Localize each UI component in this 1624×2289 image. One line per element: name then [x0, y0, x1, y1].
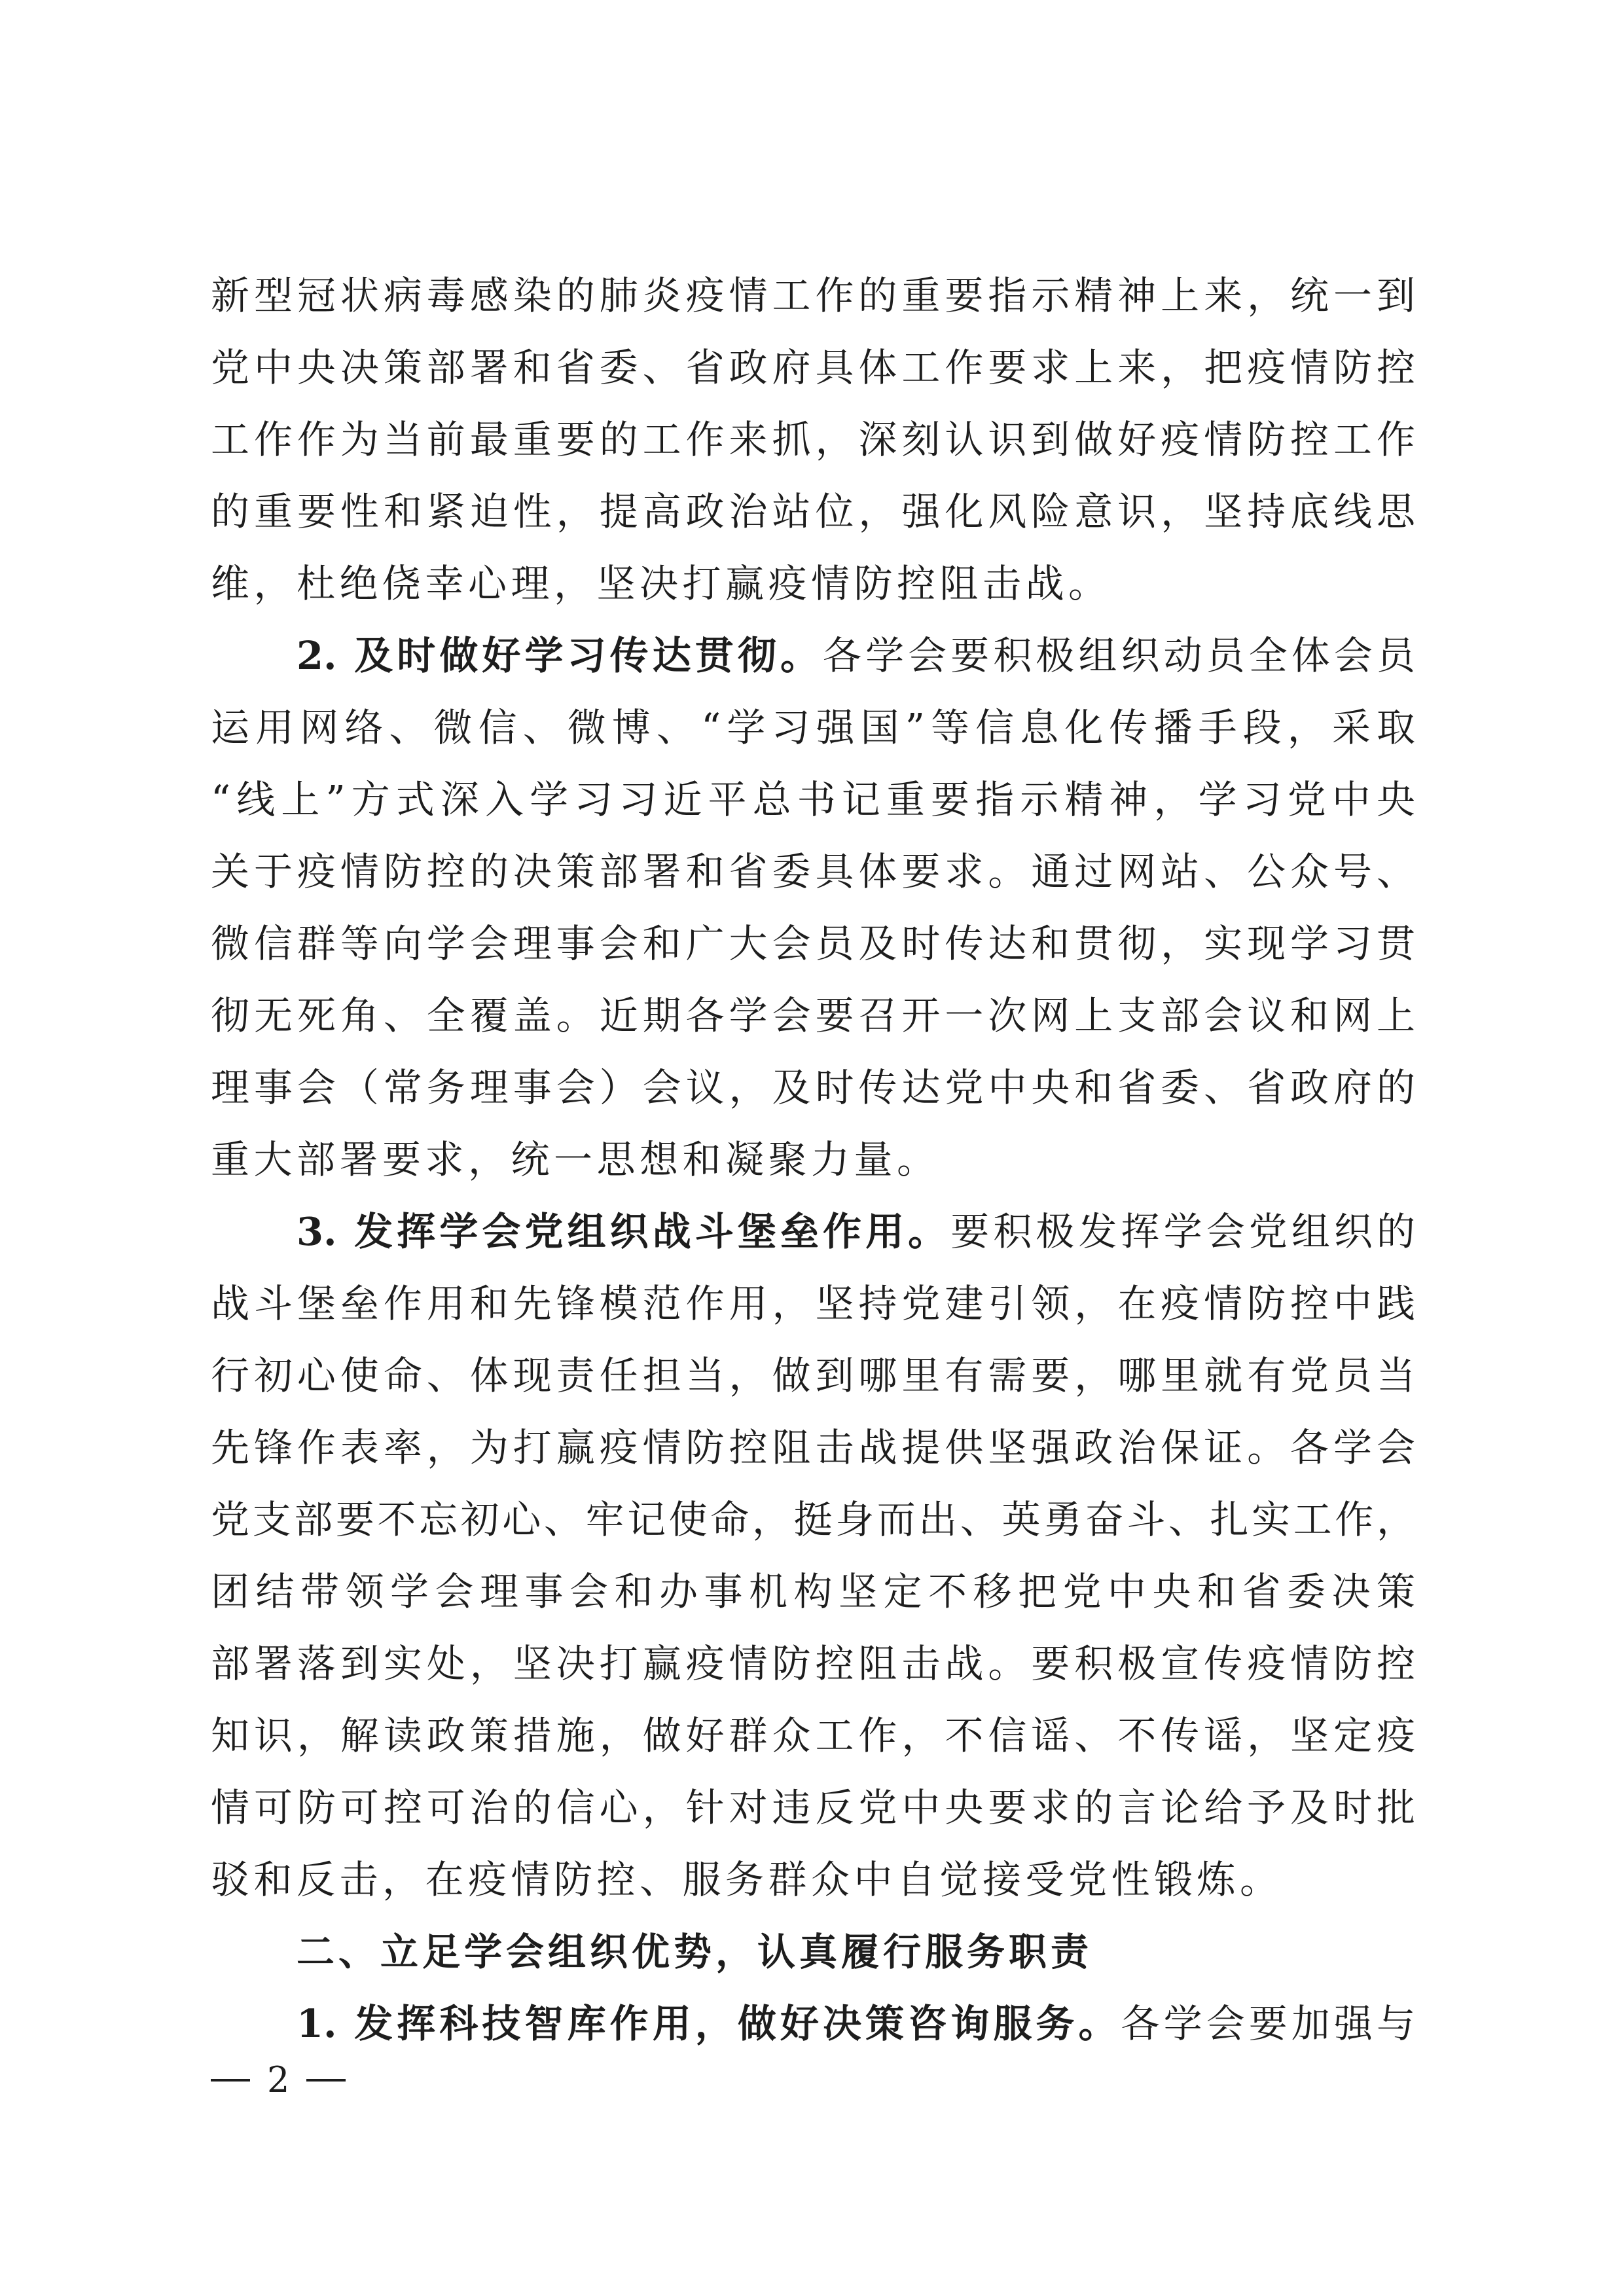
- text-line: 关于疫情防控的决策部署和省委具体要求。通过网站、公众号、: [211, 840, 1415, 912]
- text-line: 新型冠状病毒感染的肺炎疫情工作的重要指示精神上来，统一到: [211, 264, 1415, 336]
- section-heading: 二、立足学会组织优势，认真履行服务职责: [211, 1920, 1415, 1992]
- paragraph-3-first-line: 3. 发挥学会党组织战斗堡垒作用。要积极发挥学会党组织的: [211, 1200, 1415, 1272]
- page-number-value: 2: [267, 2059, 289, 2100]
- text-line: 的重要性和紧迫性，提高政治站位，强化风险意识，坚持底线思: [211, 480, 1415, 552]
- text-line: 团结带领学会理事会和办事机构坚定不移把党中央和省委决策: [211, 1560, 1415, 1632]
- text-line: 党中央决策部署和省委、省政府具体工作要求上来，把疫情防控: [211, 336, 1415, 408]
- text-line: 知识，解读政策措施，做好群众工作，不信谣、不传谣，坚定疫: [211, 1704, 1415, 1776]
- text-line: 行初心使命、体现责任担当，做到哪里有需要，哪里就有党员当: [211, 1344, 1415, 1416]
- part2-item1-lead: 1. 发挥科技智库作用，做好决策咨询服务。: [297, 2001, 1121, 2046]
- document-body: 新型冠状病毒感染的肺炎疫情工作的重要指示精神上来，统一到 党中央决策部署和省委、…: [211, 264, 1415, 2064]
- text-line: 先锋作表率，为打赢疫情防控阻击战提供坚强政治保证。各学会: [211, 1416, 1415, 1488]
- text-line: 彻无死角、全覆盖。近期各学会要召开一次网上支部会议和网上: [211, 984, 1415, 1056]
- paragraph-2-first-line: 2. 及时做好学习传达贯彻。各学会要积极组织动员全体会员: [211, 624, 1415, 696]
- text-line: 战斗堡垒作用和先锋模范作用，坚持党建引领，在疫情防控中践: [211, 1272, 1415, 1344]
- text-line: “线上”方式深入学习习近平总书记重要指示精神，学习党中央: [211, 768, 1415, 840]
- text-line: 重大部署要求，统一思想和凝聚力量。: [211, 1128, 1415, 1200]
- text-line: 理事会（常务理事会）会议，及时传达党中央和省委、省政府的: [211, 1056, 1415, 1128]
- paragraph-2-text: 各学会要积极组织动员全体会员: [823, 633, 1415, 678]
- text-line: 部署落到实处，坚决打赢疫情防控阻击战。要积极宣传疫情防控: [211, 1632, 1415, 1704]
- text-line: 维，杜绝侥幸心理，坚决打赢疫情防控阻击战。: [211, 552, 1415, 624]
- text-line: 运用网络、微信、微博、“学习强国”等信息化传播手段，采取: [211, 696, 1415, 768]
- paragraph-3-lead: 3. 发挥学会党组织战斗堡垒作用。: [297, 1209, 950, 1254]
- paragraph-3-text: 要积极发挥学会党组织的: [950, 1209, 1415, 1254]
- text-line: 情可防可控可治的信心，针对违反党中央要求的言论给予及时批: [211, 1776, 1415, 1848]
- text-line: 党支部要不忘初心、牢记使命，挺身而出、英勇奋斗、扎实工作，: [211, 1488, 1415, 1560]
- page-number-dash-left: [211, 2079, 250, 2082]
- text-line: 驳和反击，在疫情防控、服务群众中自觉接受党性锻炼。: [211, 1848, 1415, 1920]
- part2-item1-text: 各学会要加强与: [1121, 2001, 1415, 2046]
- text-line: 工作作为当前最重要的工作来抓，深刻认识到做好疫情防控工作: [211, 408, 1415, 480]
- document-page: 新型冠状病毒感染的肺炎疫情工作的重要指示精神上来，统一到 党中央决策部署和省委、…: [0, 0, 1624, 2289]
- page-number-dash-right: [306, 2079, 346, 2082]
- text-line: 微信群等向学会理事会和广大会员及时传达和贯彻，实现学习贯: [211, 912, 1415, 984]
- part2-item1-line: 1. 发挥科技智库作用，做好决策咨询服务。各学会要加强与: [211, 1992, 1415, 2064]
- paragraph-2-lead: 2. 及时做好学习传达贯彻。: [297, 633, 823, 678]
- page-number: 2: [211, 2059, 346, 2100]
